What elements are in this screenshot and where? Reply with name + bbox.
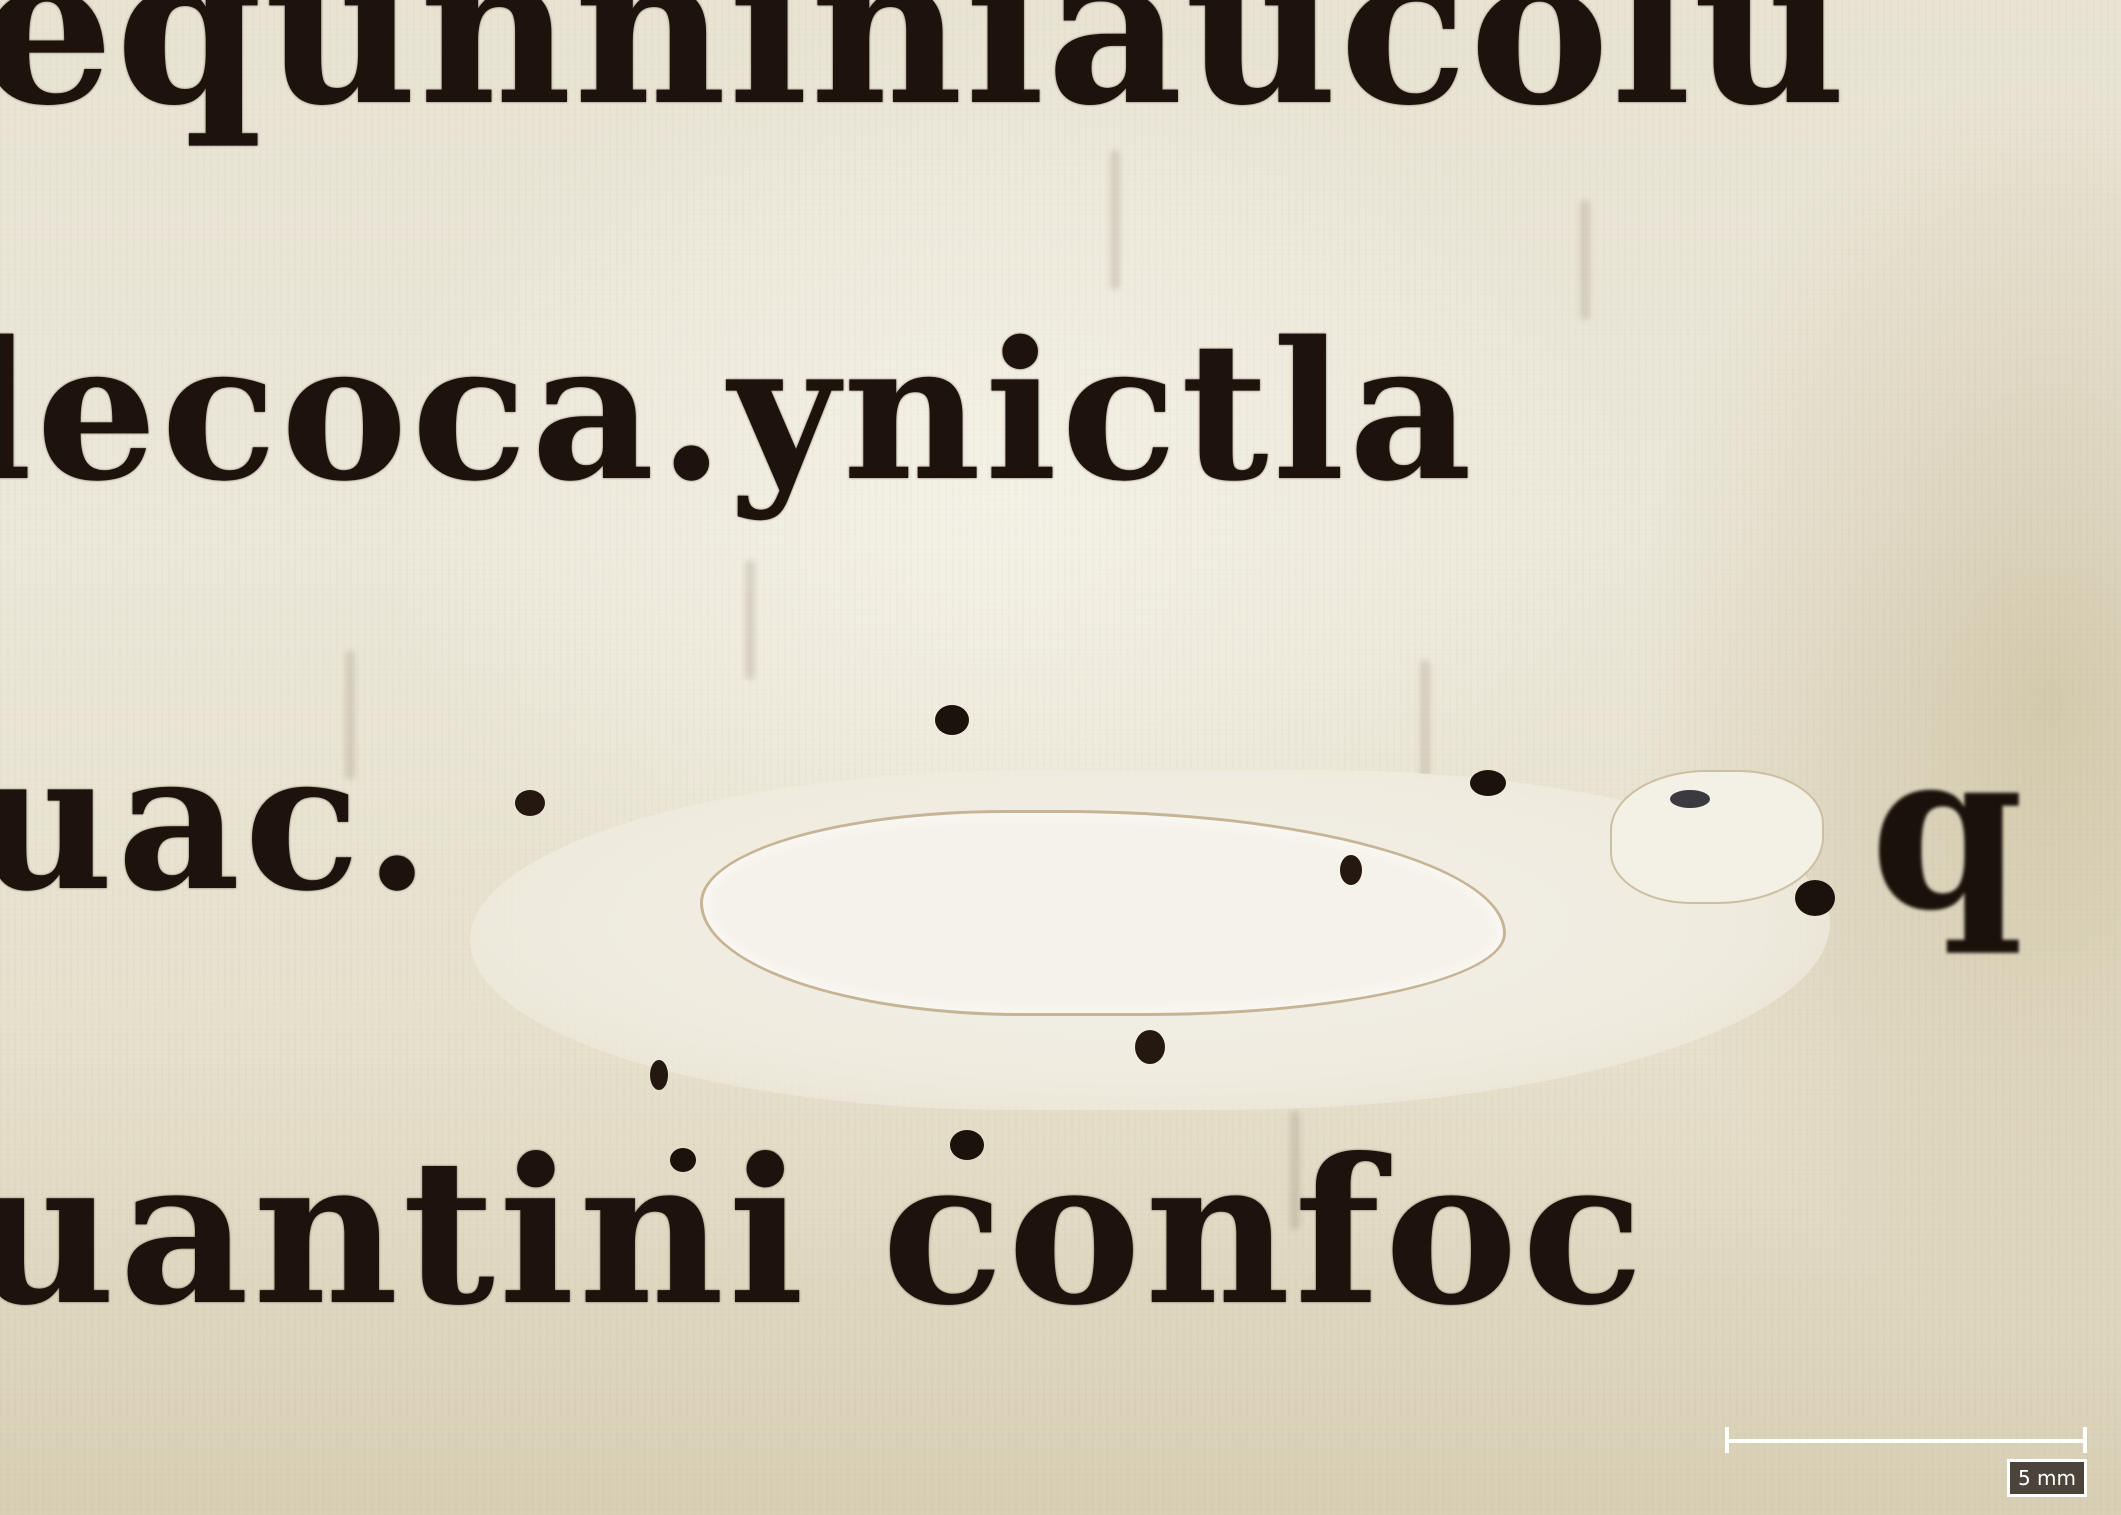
ink-speck	[1135, 1030, 1165, 1064]
manuscript-line-3: uac.	[0, 710, 434, 933]
manuscript-glyph-q: q	[1870, 700, 2024, 959]
scale-bar-label: 5 mm	[2007, 1459, 2087, 1497]
manuscript-line-2: lecoca.ynictla	[0, 300, 1476, 523]
scale-bar: 5 mm	[1725, 1425, 2087, 1505]
manuscript-line-4: uantini confoc	[0, 1115, 1648, 1350]
scale-bar-tick-right	[2083, 1427, 2087, 1453]
ink-speck	[650, 1060, 668, 1090]
conservation-fill-right	[1610, 770, 1824, 904]
ink-dot	[1795, 880, 1835, 916]
show-through-stroke	[1580, 200, 1590, 320]
manuscript-line-1: equnniniaucolu	[0, 0, 1848, 152]
ink-speck	[1670, 790, 1710, 808]
ink-speck	[1340, 855, 1362, 885]
scale-bar-line	[1725, 1439, 2087, 1443]
show-through-stroke	[745, 560, 755, 680]
manuscript-photo: equnniniaucolu lecoca.ynictla uac. q uan…	[0, 0, 2121, 1515]
show-through-stroke	[1110, 150, 1120, 290]
ink-dot	[935, 705, 969, 735]
ink-dot	[1470, 770, 1506, 796]
ink-speck	[515, 790, 545, 816]
